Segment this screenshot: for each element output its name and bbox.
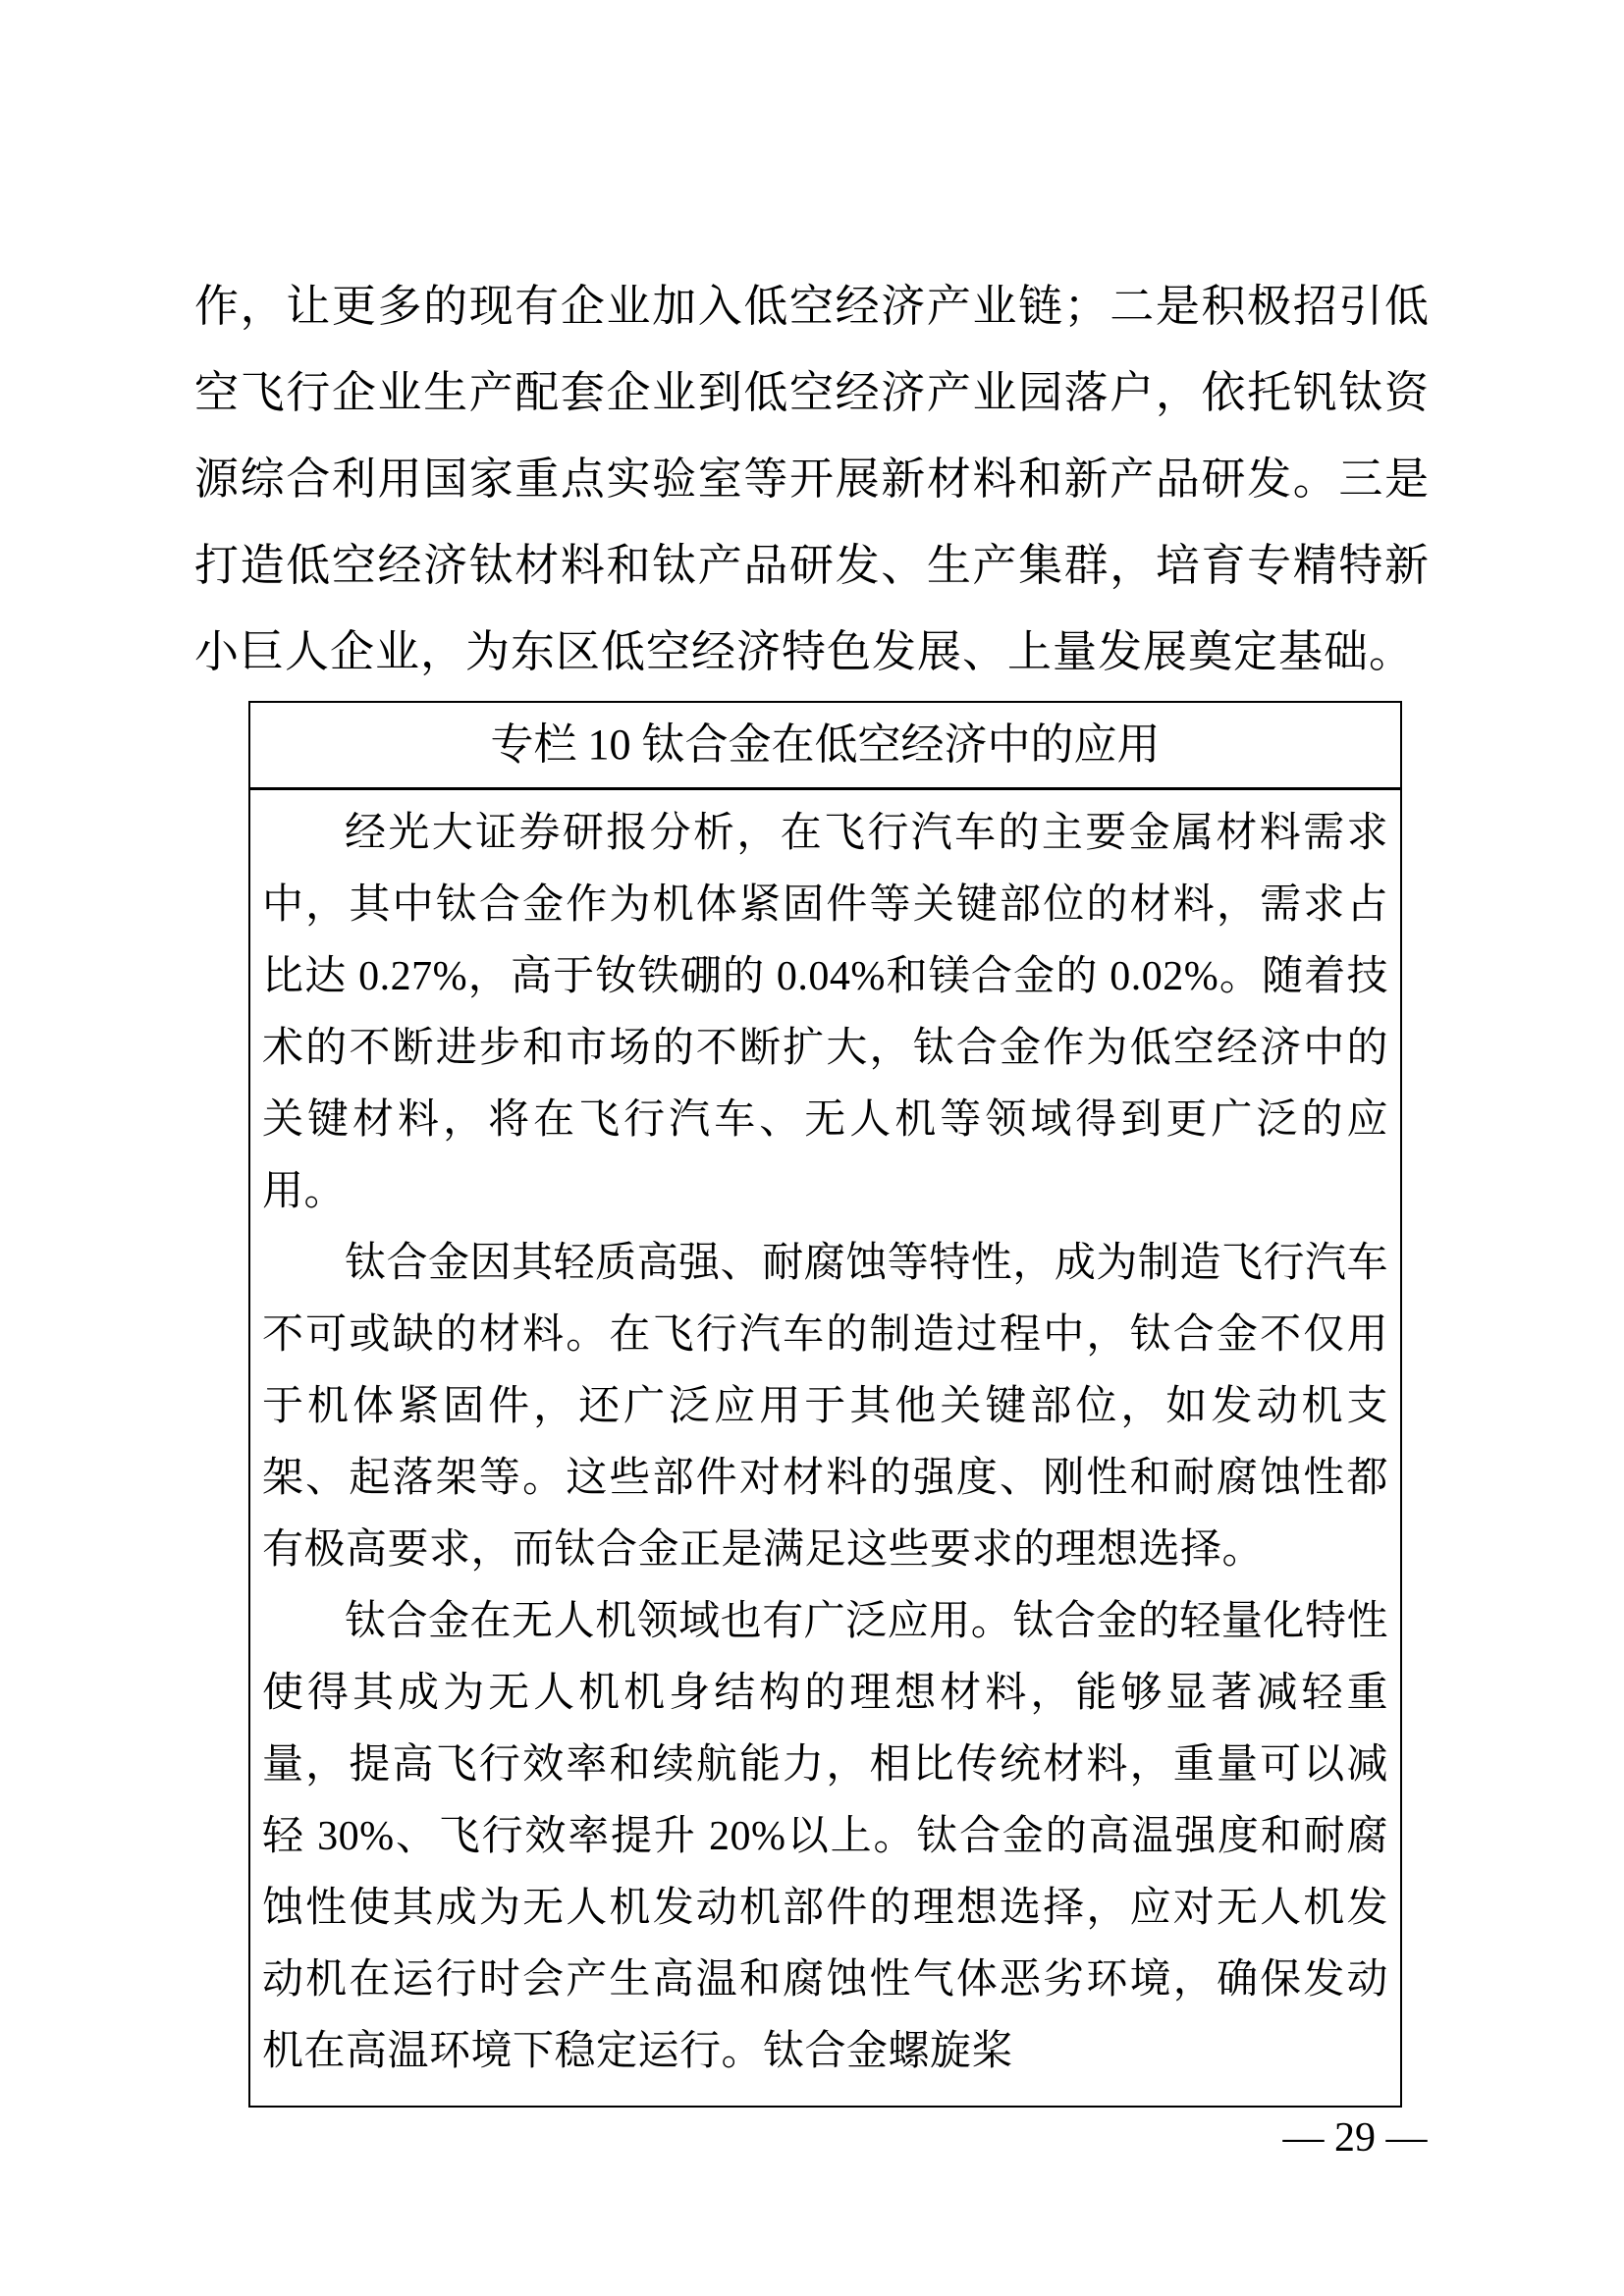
document-page: 作，让更多的现有企业加入低空经济产业链；二是积极招引低空飞行企业生产配套企业到低… — [0, 0, 1624, 2296]
box-paragraph-3: 钛合金在无人机领域也有广泛应用。钛合金的轻量化特性使得其成为无人机机身结构的理想… — [262, 1586, 1388, 2088]
box-paragraph-2: 钛合金因其轻质高强、耐腐蚀等特性，成为制造飞行汽车不可或缺的材料。在飞行汽车的制… — [262, 1228, 1388, 1586]
box-paragraph-1: 经光大证券研报分析，在飞行汽车的主要金属材料需求中，其中钛合金作为机体紧固件等关… — [262, 798, 1388, 1228]
column-10-box: 专栏 10 钛合金在低空经济中的应用 经光大证券研报分析，在飞行汽车的主要金属材… — [248, 701, 1402, 2108]
body-paragraph: 作，让更多的现有企业加入低空经济产业链；二是积极招引低空飞行企业生产配套企业到低… — [194, 263, 1430, 695]
page-content: 作，让更多的现有企业加入低空经济产业链；二是积极招引低空飞行企业生产配套企业到低… — [194, 263, 1430, 2108]
page-number: — 29 — — [1257, 2109, 1453, 2167]
box-title: 专栏 10 钛合金在低空经济中的应用 — [250, 703, 1400, 790]
box-body: 经光大证券研报分析，在飞行汽车的主要金属材料需求中，其中钛合金作为机体紧固件等关… — [250, 790, 1400, 2106]
